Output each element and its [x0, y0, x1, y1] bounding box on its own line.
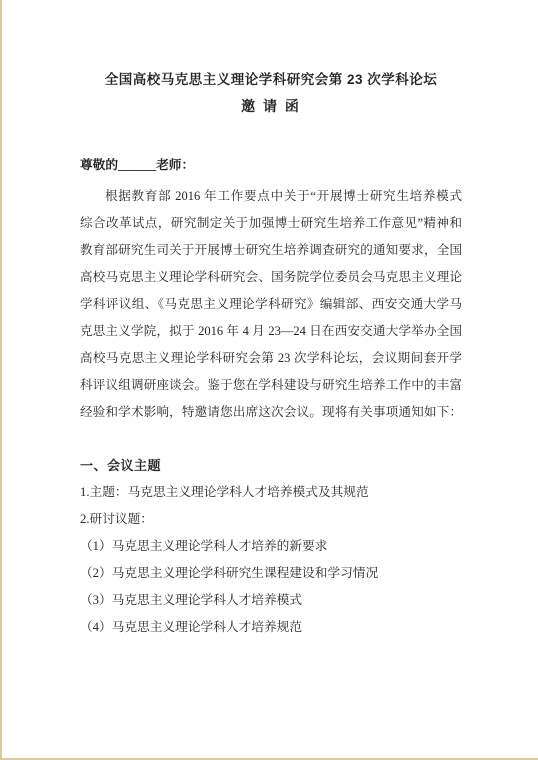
body-line: 高校马克思主义理论学科研究会第 23 次学科论坛，会议期间套开学: [80, 345, 462, 372]
salutation-prefix: 尊敬的: [80, 158, 118, 172]
salutation: 尊敬的______老师：: [80, 152, 462, 179]
section-heading-meeting-theme: 一、会议主题: [80, 452, 462, 479]
body-line: 经验和学术影响，特邀请您出席这次会议。现将有关事项通知如下：: [80, 399, 462, 426]
invitation-letter-page: 全国高校马克思主义理论学科研究会第 23 次学科论坛 邀 请 函 尊敬的____…: [0, 0, 538, 760]
doc-title: 全国高校马克思主义理论学科研究会第 23 次学科论坛: [80, 66, 462, 93]
body-line: 科评议组调研座谈会。鉴于您在学科建设与研究生培养工作中的丰富: [80, 372, 462, 399]
body-line: 克思主义学院，拟于 2016 年 4 月 23—24 日在西安交通大学举办全国: [80, 318, 462, 345]
doc-subtitle: 邀 请 函: [80, 93, 462, 120]
section-item: 1.主题：马克思主义理论学科人才培养模式及其规范: [80, 479, 462, 506]
body-line: 根据教育部 2016 年工作要点中关于“开展博士研究生培养模式: [80, 183, 462, 210]
body-line: 教育部研究生司关于开展博士研究生培养调查研究的通知要求，全国: [80, 237, 462, 264]
body-line: 高校马克思主义理论学科研究会、国务院学位委员会马克思主义理论: [80, 264, 462, 291]
salutation-blank-line: ______: [118, 158, 156, 172]
salutation-suffix: 老师：: [156, 158, 194, 172]
body-paragraph: 根据教育部 2016 年工作要点中关于“开展博士研究生培养模式 综合改革试点，研…: [80, 183, 462, 426]
section-item: （2）马克思主义理论学科研究生课程建设和学习情况: [80, 560, 462, 587]
body-line: 学科评议组、《马克思主义理论学科研究》编辑部、西安交通大学马: [80, 291, 462, 318]
section-item: 2.研讨议题：: [80, 506, 462, 533]
body-line: 综合改革试点，研究制定关于加强博士研究生培养工作意见”精神和: [80, 210, 462, 237]
section-item-list: 1.主题：马克思主义理论学科人才培养模式及其规范 2.研讨议题： （1）马克思主…: [80, 479, 462, 641]
section-item: （3）马克思主义理论学科人才培养模式: [80, 587, 462, 614]
page-content: 全国高校马克思主义理论学科研究会第 23 次学科论坛 邀 请 函 尊敬的____…: [80, 0, 462, 641]
section-item: （4）马克思主义理论学科人才培养规范: [80, 614, 462, 641]
section-item: （1）马克思主义理论学科人才培养的新要求: [80, 533, 462, 560]
